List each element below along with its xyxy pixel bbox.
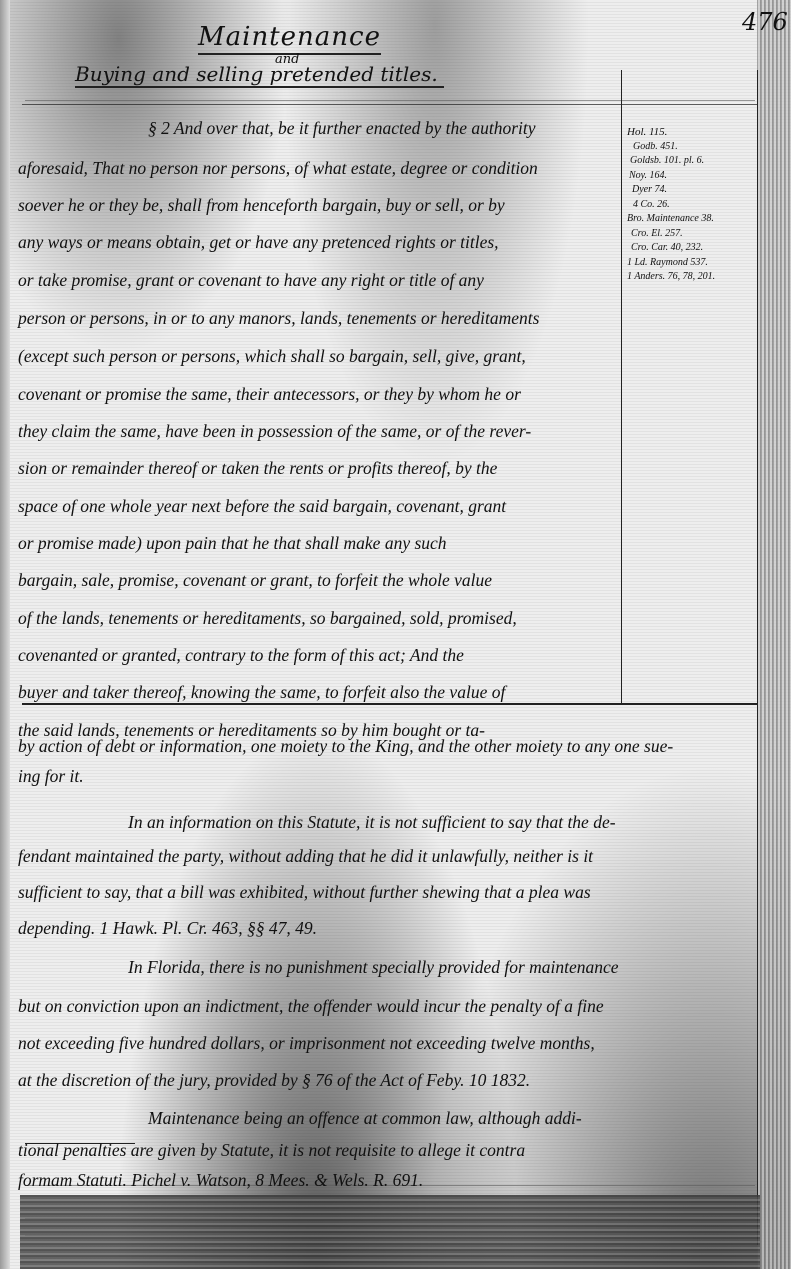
text-line: any ways or means obtain, get or have an… (18, 232, 499, 253)
text-line: ing for it. (18, 766, 84, 787)
text-line: (except such person or persons, which sh… (18, 346, 526, 367)
scan-shadow (20, 1195, 760, 1269)
text-line: of the lands, tenements or hereditaments… (18, 608, 517, 629)
text-line: or promise made) upon pain that he that … (18, 533, 447, 554)
citation: Noy. 164. (627, 169, 755, 184)
text-line: In an information on this Statute, it is… (128, 812, 616, 833)
text-line: space of one whole year next before the … (18, 496, 506, 517)
header-rule (22, 104, 757, 105)
page-subtitle: Buying and selling pretended titles. (75, 62, 444, 88)
right-border-rule (757, 70, 758, 1245)
text-line: sufficient to say, that a bill was exhib… (18, 882, 591, 903)
page-right-binding (757, 0, 791, 1269)
citation: Hol. 115. (627, 125, 755, 140)
text-line: they claim the same, have been in posses… (18, 421, 531, 442)
margin-citations: Hol. 115. Godb. 451. Goldsb. 101. pl. 6.… (627, 125, 755, 285)
section-divider-rule (22, 703, 757, 705)
text-line: covenant or promise the same, their ante… (18, 384, 521, 405)
text-line: but on conviction upon an indictment, th… (18, 996, 604, 1017)
text-line: soever he or they be, shall from hencefo… (18, 195, 505, 216)
text-line: at the discretion of the jury, provided … (18, 1070, 530, 1091)
margin-column-rule (621, 70, 622, 705)
ruled-line (25, 100, 755, 101)
citation: Dyer 74. (627, 183, 755, 198)
citation: Godb. 451. (627, 140, 755, 155)
text-line: depending. 1 Hawk. Pl. Cr. 463, §§ 47, 4… (18, 918, 317, 939)
manuscript-page: 476 Maintenance and Buying and selling p… (0, 0, 791, 1269)
text-line: § 2 And over that, be it further enacted… (148, 118, 536, 139)
text-line: tional penalties are given by Statute, i… (18, 1140, 525, 1161)
text-line: sion or remainder thereof or taken the r… (18, 458, 497, 479)
text-line: person or persons, in or to any manors, … (18, 308, 539, 329)
page-title: Maintenance (198, 22, 381, 55)
text-line: Maintenance being an offence at common l… (148, 1108, 582, 1129)
text-line: fendant maintained the party, without ad… (18, 846, 593, 867)
citation: 1 Ld. Raymond 537. (627, 256, 755, 271)
citation: 1 Anders. 76, 78, 201. (627, 270, 755, 285)
citation: Cro. El. 257. (627, 227, 755, 242)
text-line: In Florida, there is no punishment speci… (128, 957, 619, 978)
text-line: covenanted or granted, contrary to the f… (18, 645, 464, 666)
citation: Bro. Maintenance 38. (627, 212, 755, 227)
text-line: not exceeding five hundred dollars, or i… (18, 1033, 595, 1054)
text-line: bargain, sale, promise, covenant or gran… (18, 570, 492, 591)
text-line: or take promise, grant or covenant to ha… (18, 270, 484, 291)
page-number: 476 (742, 8, 788, 36)
citation: 4 Co. 26. (627, 198, 755, 213)
text-line: by action of debt or information, one mo… (18, 736, 673, 757)
text-line: buyer and taker thereof, knowing the sam… (18, 682, 505, 703)
text-line: aforesaid, That no person nor persons, o… (18, 158, 538, 179)
page-left-edge (0, 0, 10, 1269)
text-line: formam Statuti. Pichel v. Watson, 8 Mees… (18, 1170, 423, 1191)
citation: Goldsb. 101. pl. 6. (627, 154, 755, 169)
citation: Cro. Car. 40, 232. (627, 241, 755, 256)
